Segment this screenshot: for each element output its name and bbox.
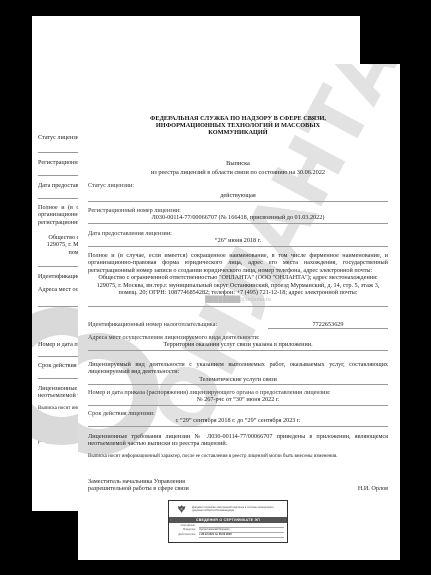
agency-header: ФЕДЕРАЛЬНАЯ СЛУЖБА ПО НАДЗОРУ В СФЕРЕ СВ… xyxy=(88,115,388,137)
activity-field: Лицензируемый вид деятельности с указани… xyxy=(88,361,388,385)
inn-field: Идентификационный номер налогоплательщик… xyxy=(88,321,388,329)
licensee-field: Полное и (в случае, если имеется) сокращ… xyxy=(88,252,388,307)
grant-date-field: Дата предоставления лицензии: “26” июня … xyxy=(88,230,388,247)
document-page-front: ОНЛАНТА ФЕДЕРАЛЬНАЯ СЛУЖБА ПО НАДЗОРУ В … xyxy=(78,64,400,560)
email-blurred: ████████@onlanta.ru xyxy=(205,296,271,303)
signature-position: Заместитель начальника Управления xyxy=(88,478,388,485)
order-field: Номер и дата приказа (распоряжения) лице… xyxy=(88,389,388,406)
document-title: Выписка из реестра лицензий в области св… xyxy=(88,159,388,177)
reg-number-field: Регистрационный номер лицензии: Л030-001… xyxy=(88,207,388,224)
coat-of-arms-icon xyxy=(177,503,186,515)
signature-block: Заместитель начальника Управления разреш… xyxy=(88,478,388,493)
term-field: Срок действия лицензии: с “29” сентября … xyxy=(88,410,388,427)
signature-position-line2: разрешительной работы в сфере связи xyxy=(88,485,189,492)
address-field: Адреса мест осуществления лицензируемого… xyxy=(88,334,388,351)
disclaimer-text: Выписка носит информационный характер, п… xyxy=(88,454,388,460)
requirements-text: Лицензионные требования лицензии № Л030-… xyxy=(88,433,388,448)
e-signature-certificate-stamp: Документ подписан электронной подписью в… xyxy=(168,500,288,543)
signatory-name: Н.И. Орлов xyxy=(358,485,388,492)
status-field: Статус лицензии: действующая xyxy=(88,182,388,202)
